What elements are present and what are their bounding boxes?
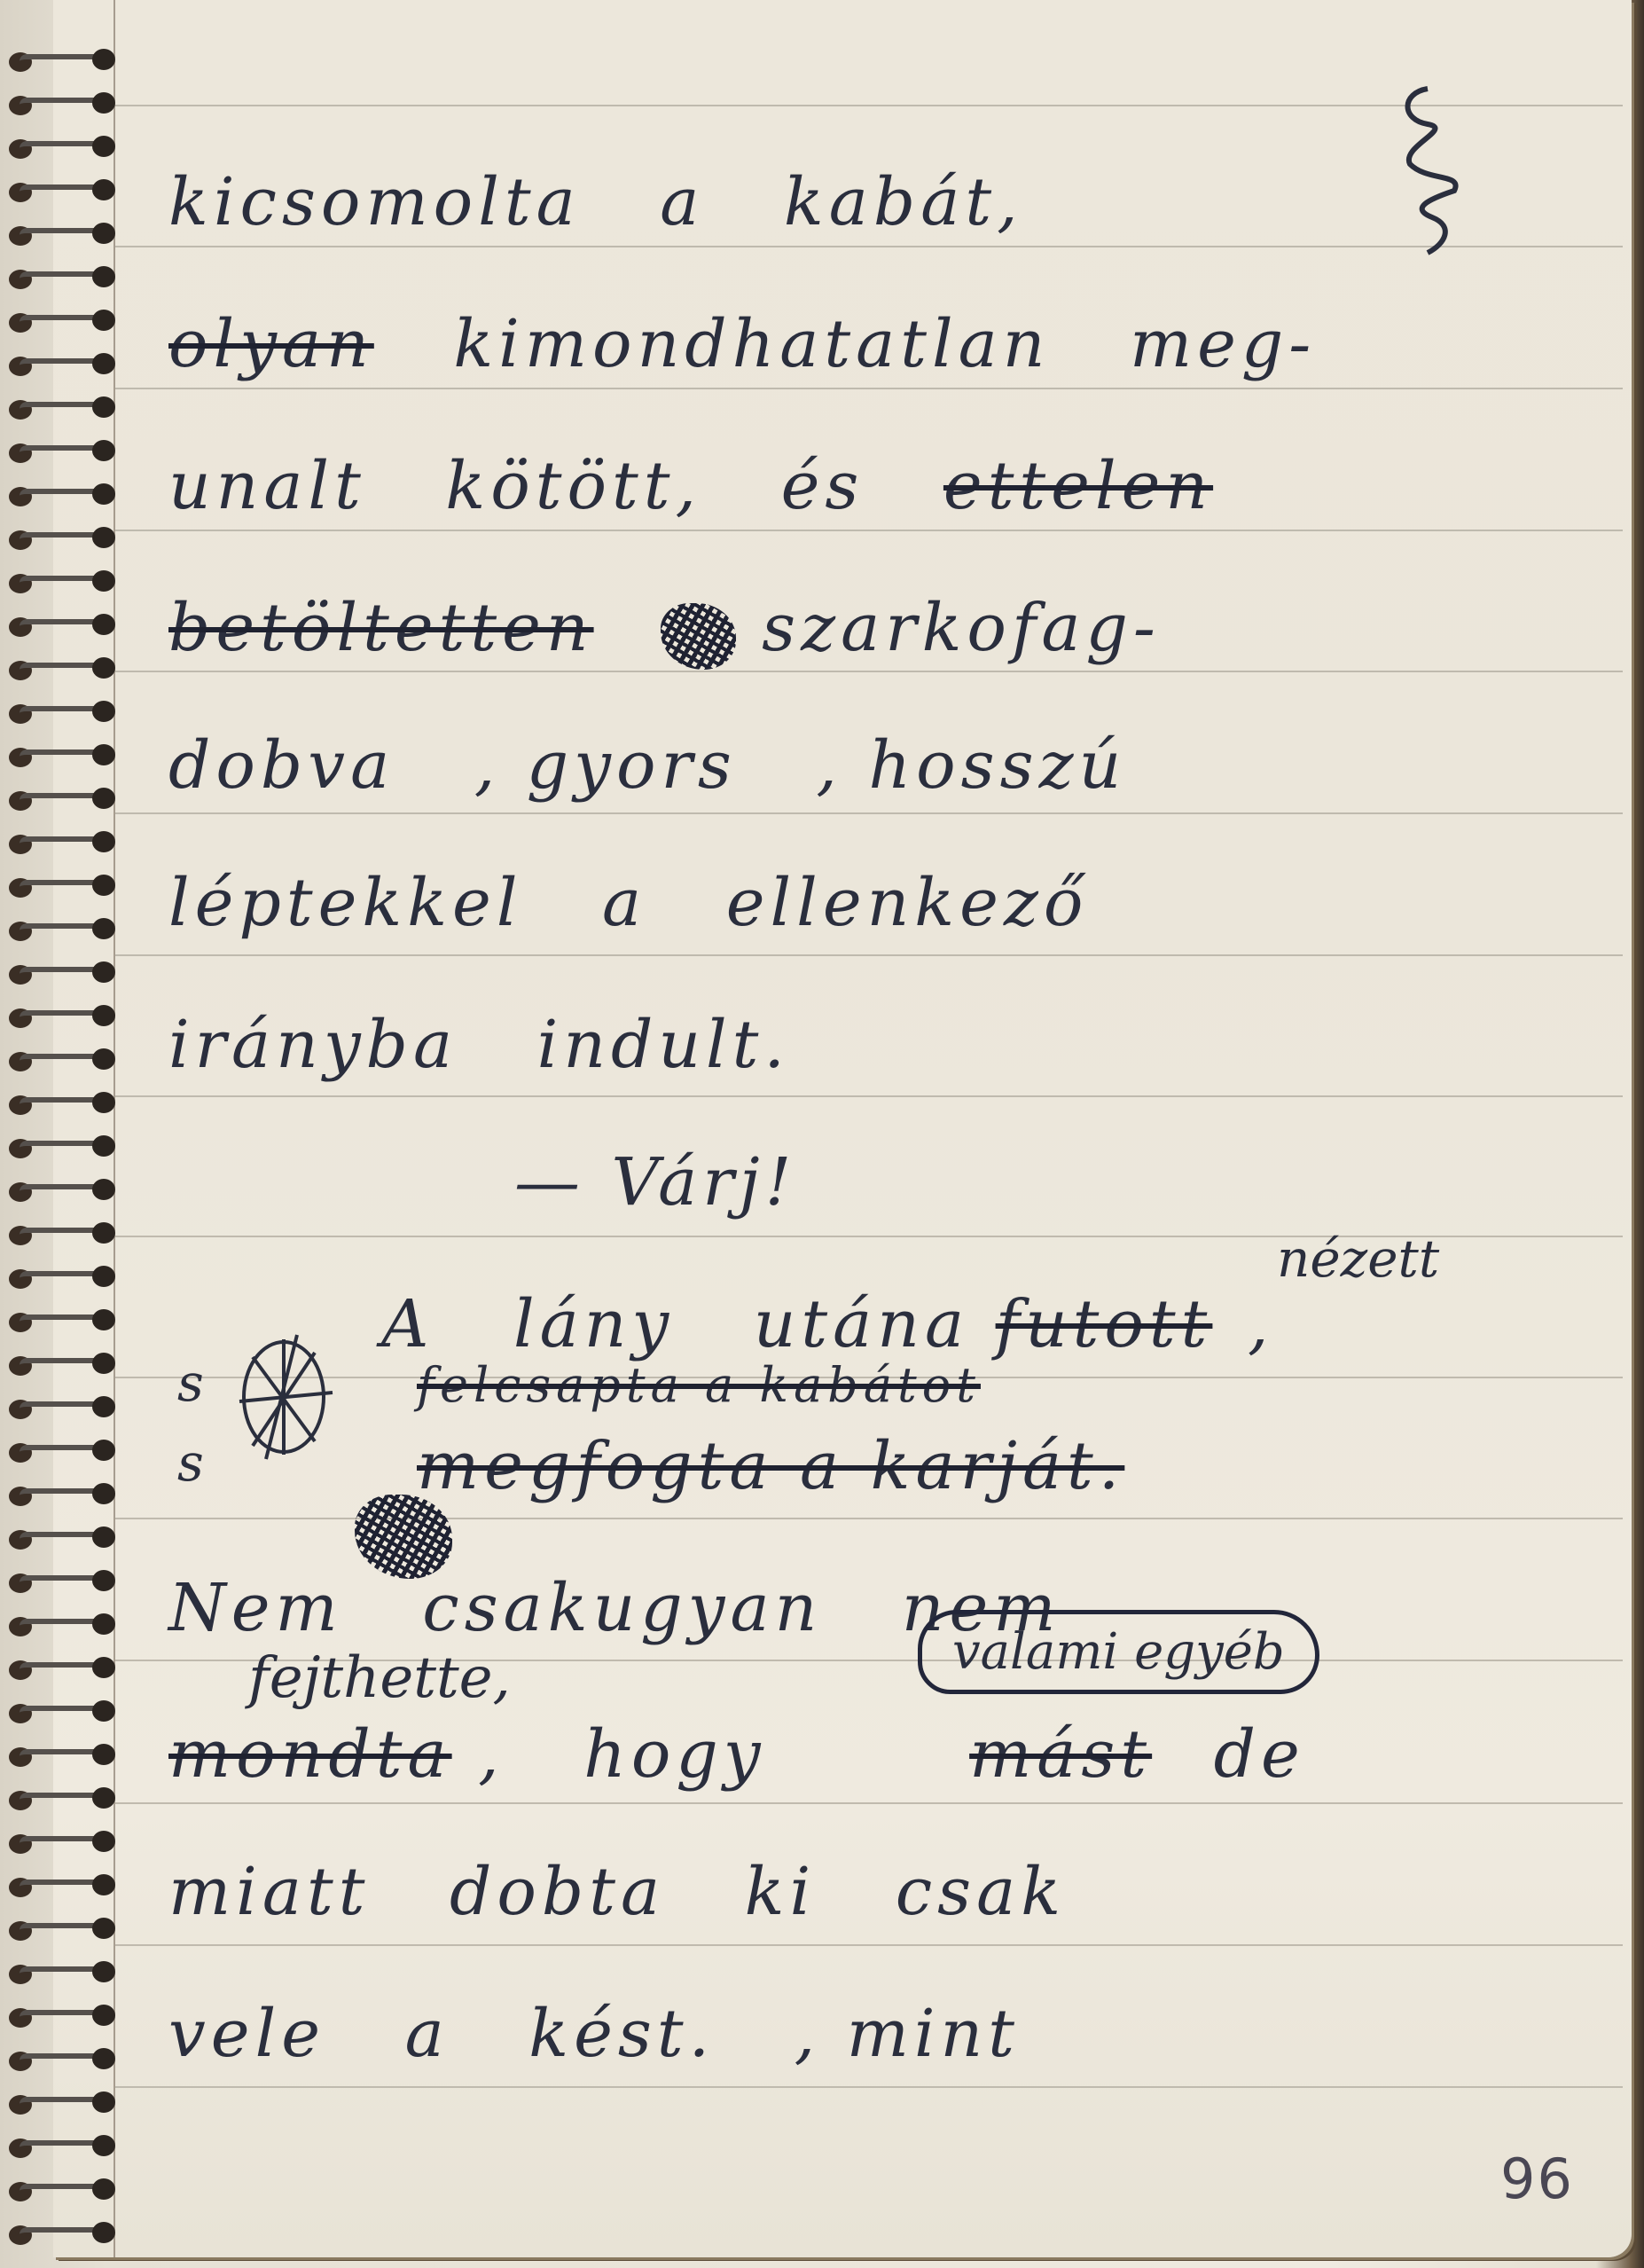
word: ki [745, 1854, 817, 1930]
spiral-coil [9, 483, 115, 506]
punch-hole [92, 483, 115, 505]
punch-hole [92, 527, 115, 548]
punch-hole [92, 1092, 115, 1113]
punch-hole [92, 310, 115, 331]
punch-hole [92, 1918, 115, 1939]
spiral-binding [0, 0, 124, 2268]
handwritten-line: dobva , gyors , hosszú [168, 727, 1179, 804]
word: , [478, 1716, 505, 1793]
spiral-coil [9, 1657, 115, 1680]
word: miatt [168, 1854, 370, 1930]
punch-hole [92, 396, 115, 418]
spiral-coil [9, 2091, 115, 2115]
word: a [660, 164, 704, 240]
spiral-coil [9, 223, 115, 246]
punch-hole [92, 1483, 115, 1504]
word-struck: ettelen [943, 448, 1213, 524]
punch-hole [92, 1526, 115, 1548]
punch-hole [92, 570, 115, 592]
word-struck: betöltetten [168, 590, 594, 666]
spiral-coil [9, 1700, 115, 1723]
spiral-coil [9, 788, 115, 811]
punch-hole [92, 918, 115, 939]
word: , [1248, 1286, 1274, 1362]
handwritten-line: léptekkel a ellenkező [168, 865, 1141, 941]
spiral-coil [9, 1570, 115, 1593]
word: a [602, 865, 646, 941]
spiral-coil [9, 918, 115, 941]
spiral-coil [9, 1874, 115, 1897]
word: kést. [528, 1996, 715, 2072]
handwritten-line: miatt dobta ki csak [168, 1854, 1119, 1930]
rule-line [115, 954, 1623, 956]
spiral-coil [9, 2178, 115, 2201]
rule-line [115, 530, 1623, 531]
punch-hole [92, 831, 115, 852]
punch-hole [92, 1266, 115, 1287]
punch-hole [92, 92, 115, 114]
word: kötött, [445, 448, 701, 524]
spiral-coil [9, 2222, 115, 2245]
word: unalt [168, 448, 366, 524]
spiral-coil [9, 1135, 115, 1158]
punch-hole [92, 1309, 115, 1330]
word-struck: futott [996, 1286, 1213, 1362]
punch-hole [92, 744, 115, 765]
spiral-coil [9, 1179, 115, 1202]
spiral-coil [9, 831, 115, 854]
spiral-coil [9, 744, 115, 767]
spiral-coil [9, 1613, 115, 1636]
scribble-icon [1392, 84, 1472, 262]
word: kabát, [784, 164, 1023, 240]
punch-hole [92, 1657, 115, 1678]
word: A [381, 1286, 434, 1362]
handwritten-line: olyan kimondhatatlan meg- [168, 306, 1369, 382]
word: dobva [168, 727, 395, 804]
punch-hole [92, 266, 115, 287]
spiral-coil [9, 1048, 115, 1071]
word: szarkofag- [762, 590, 1161, 666]
handwritten-line: kicsomolta a kabát, [168, 164, 1076, 240]
spiral-coil [9, 353, 115, 376]
punch-hole [92, 788, 115, 809]
rule-line [115, 2086, 1623, 2088]
word: , hosszú [816, 727, 1126, 804]
punch-hole [92, 1005, 115, 1026]
spiral-coil [9, 875, 115, 898]
word: utána [754, 1286, 969, 1362]
rule-line [115, 812, 1623, 814]
punch-hole [92, 1831, 115, 1852]
spiral-coil [9, 1222, 115, 1245]
insertion-above: fejthette, [248, 1645, 511, 1711]
word: , gyors [474, 727, 737, 804]
rule-line [115, 1518, 1623, 1519]
punch-hole [92, 2135, 115, 2156]
handwritten-line: irányba indult. [168, 1007, 843, 1083]
rule-line [115, 671, 1623, 672]
word: indult. [537, 1007, 790, 1083]
rule-line [115, 388, 1623, 389]
spiral-coil [9, 1266, 115, 1289]
handwritten-line: vele a kést. , mint [168, 1996, 1073, 2072]
spiral-coil [9, 1831, 115, 1854]
punch-hole [92, 875, 115, 896]
punch-hole [92, 1961, 115, 1982]
word: és [781, 448, 865, 524]
spiral-coil [9, 1440, 115, 1463]
wheel-icon [226, 1330, 341, 1464]
word: a [405, 1996, 450, 2072]
punch-hole [92, 2005, 115, 2026]
spiral-coil [9, 1396, 115, 1419]
word: irányba [168, 1007, 458, 1083]
spiral-coil [9, 1092, 115, 1115]
punch-hole [92, 223, 115, 244]
spiral-coil [9, 1744, 115, 1767]
punch-hole [92, 440, 115, 461]
word: de [1214, 1716, 1305, 1793]
punch-hole [92, 1440, 115, 1461]
word: ellenkező [726, 865, 1089, 941]
spiral-coil [9, 1787, 115, 1810]
rule-line [115, 1944, 1623, 1946]
word: léptekkel [168, 865, 523, 941]
margin-mark: s [177, 1353, 204, 1413]
punch-hole [92, 2091, 115, 2113]
spiral-coil [9, 1005, 115, 1028]
word: kicsomolta [168, 164, 581, 240]
word-struck: olyan [168, 306, 374, 382]
punch-hole [92, 657, 115, 679]
spiral-coil [9, 527, 115, 550]
word: vele [168, 1996, 325, 2072]
spiral-coil [9, 1483, 115, 1506]
insertion-above: nézett [1277, 1228, 1439, 1289]
punch-hole [92, 1700, 115, 1722]
punch-hole [92, 1353, 115, 1374]
punch-hole [92, 179, 115, 200]
spiral-coil [9, 179, 115, 202]
handwritten-line: A lány utána futott , [381, 1286, 1327, 1362]
spiral-coil [9, 1353, 115, 1376]
spiral-coil [9, 961, 115, 985]
punch-hole [92, 353, 115, 374]
punch-hole [92, 1135, 115, 1157]
handwritten-line: felcsapta a kabátot [417, 1357, 1034, 1413]
word: meg- [1130, 306, 1316, 382]
punch-hole [92, 701, 115, 722]
spiral-coil [9, 266, 115, 289]
spiral-coil [9, 1961, 115, 1984]
word-struck: mondta [168, 1716, 452, 1793]
spiral-coil [9, 657, 115, 680]
spiral-coil [9, 701, 115, 724]
spiral-coil [9, 49, 115, 72]
handwritten-line: megfogta a karját. [417, 1428, 1178, 1504]
word-struck: megfogta a karját. [417, 1428, 1124, 1504]
punch-hole [92, 1396, 115, 1417]
handwritten-line: unalt kötött, és ettelen [168, 448, 1266, 524]
word-struck: felcsapta a kabátot [417, 1357, 981, 1413]
word: hogy [583, 1716, 765, 1793]
spiral-coil [9, 2005, 115, 2028]
spiral-coil [9, 570, 115, 593]
page-number: 96 [1500, 2146, 1574, 2211]
word: Nem [168, 1570, 343, 1646]
punch-hole [92, 1048, 115, 1070]
margin-mark: s [177, 1432, 204, 1493]
word-struck: mást [969, 1716, 1152, 1793]
word: csak [896, 1854, 1066, 1930]
punch-hole [92, 136, 115, 157]
punch-hole [92, 1222, 115, 1244]
punch-hole [92, 49, 115, 70]
spiral-coil [9, 396, 115, 420]
spiral-coil [9, 1309, 115, 1332]
punch-hole [92, 1874, 115, 1895]
spiral-coil [9, 440, 115, 463]
punch-hole [92, 1179, 115, 1200]
spiral-coil [9, 136, 115, 159]
word: — Várj! [514, 1144, 796, 1220]
spiral-coil [9, 310, 115, 333]
punch-hole [92, 2222, 115, 2243]
spiral-coil [9, 614, 115, 637]
punch-hole [92, 2178, 115, 2200]
punch-hole [92, 1570, 115, 1591]
punch-hole [92, 1613, 115, 1635]
spiral-coil [9, 2048, 115, 2071]
punch-hole [92, 961, 115, 983]
word: , mint [795, 1996, 1020, 2072]
word: csakugyan [422, 1570, 822, 1646]
word: dobta [450, 1854, 665, 1930]
punch-hole [92, 1744, 115, 1765]
punch-hole [92, 614, 115, 635]
word: kimondhatatlan [453, 306, 1050, 382]
handwritten-line: — Várj! [514, 1144, 849, 1220]
spiral-coil [9, 1526, 115, 1550]
punch-hole [92, 2048, 115, 2069]
spiral-coil [9, 92, 115, 115]
spiral-coil [9, 1918, 115, 1941]
rule-line [115, 1095, 1623, 1097]
spiral-coil [9, 2135, 115, 2158]
rule-line [115, 1802, 1623, 1804]
circled-insertion: valami egyéb [918, 1610, 1319, 1694]
handwritten-line: mondta , hogy mást de [168, 1716, 1358, 1793]
word: lány [513, 1286, 674, 1362]
punch-hole [92, 1787, 115, 1809]
